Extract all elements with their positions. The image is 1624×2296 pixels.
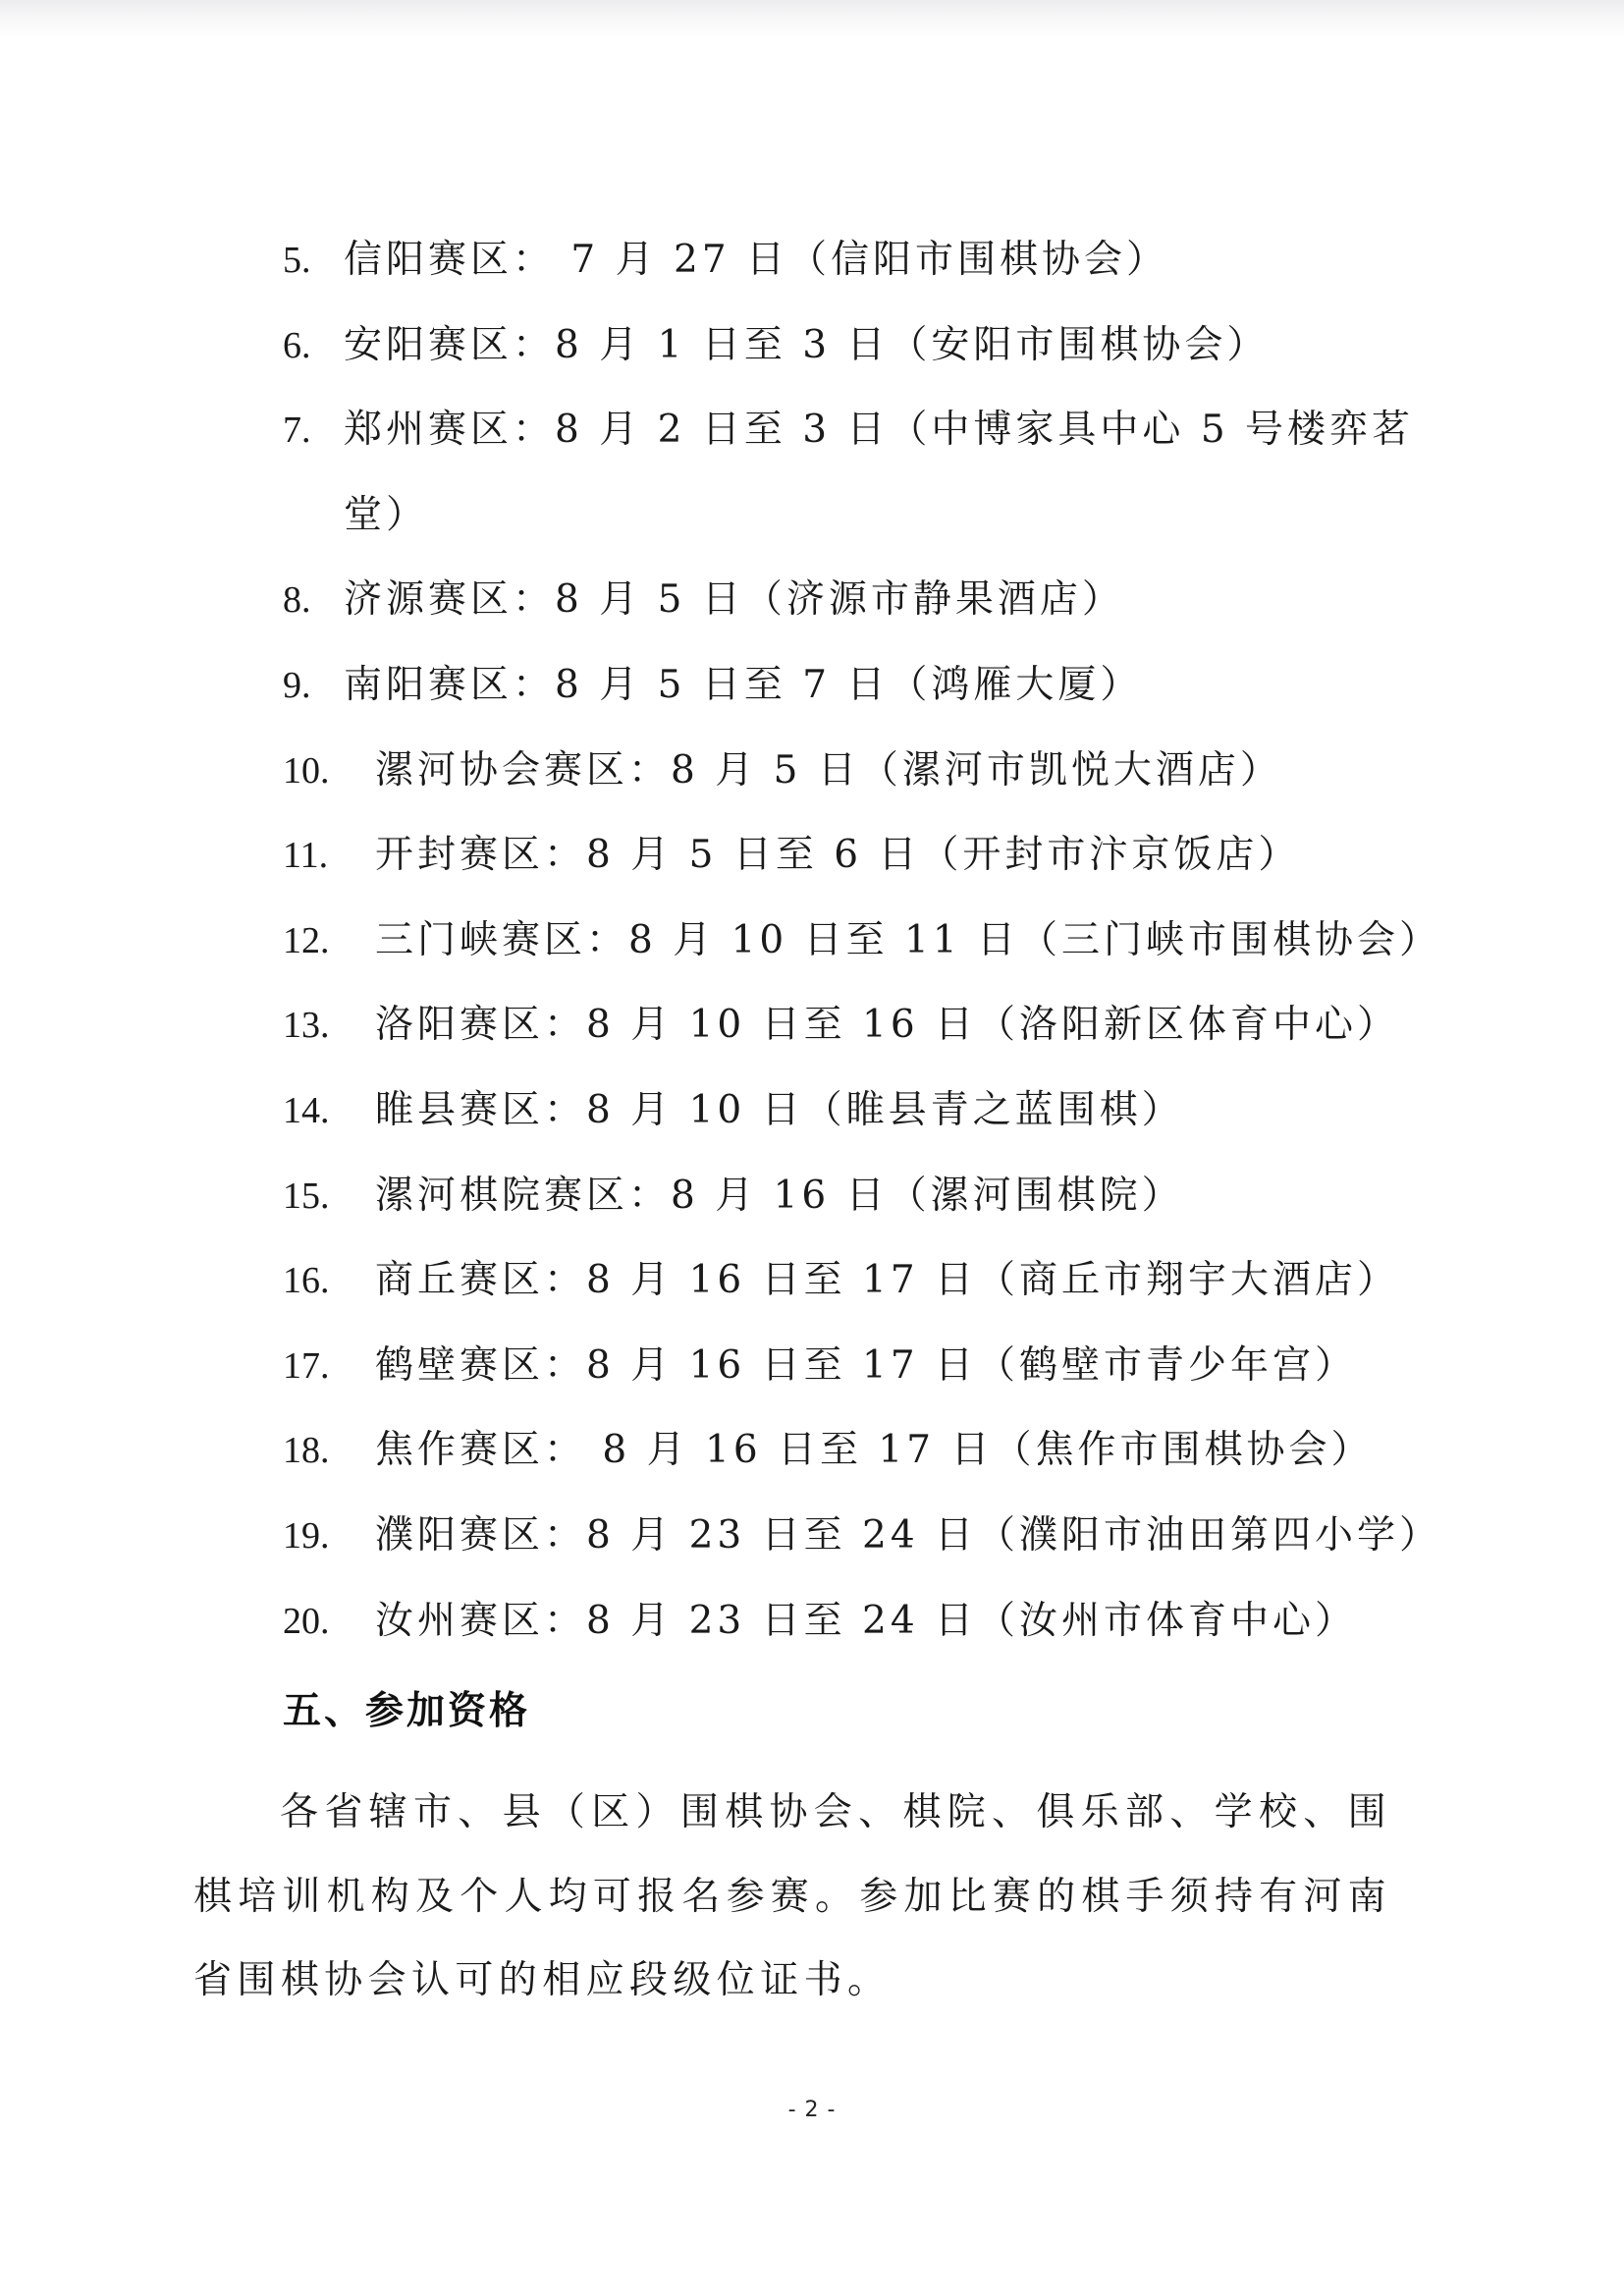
venue-item: 12.三门峡赛区：8 月 10 日至 11 日（三门峡市围棋协会） xyxy=(283,914,1402,1000)
venue-item: 14.睢县赛区：8 月 10 日（睢县青之蓝围棋） xyxy=(283,1084,1402,1170)
page-number: - 2 - xyxy=(0,2098,1624,2122)
venue-number: 5. xyxy=(283,234,344,287)
venue-text-continuation: 堂） xyxy=(344,493,428,537)
section-heading: 五、参加资格 xyxy=(283,1685,530,1738)
venue-text: 商丘赛区：8 月 16 日至 17 日（商丘市翔宇大酒店） xyxy=(375,1258,1399,1302)
venue-item: 9.南阳赛区：8 月 5 日至 7 日（鸿雁大厦） xyxy=(283,659,1402,744)
venue-item: 19.濮阳赛区：8 月 23 日至 24 日（濮阳市油田第四小学） xyxy=(283,1509,1402,1595)
venue-item: 13.洛阳赛区：8 月 10 日至 16 日（洛阳新区体育中心） xyxy=(283,999,1402,1084)
venue-number: 16. xyxy=(283,1254,375,1307)
venue-number: 14. xyxy=(283,1084,375,1137)
venue-text: 鹤壁赛区：8 月 16 日至 17 日（鹤壁市青少年宫） xyxy=(375,1343,1357,1388)
venue-number: 8. xyxy=(283,574,344,627)
venue-text: 焦作赛区： 8 月 16 日至 17 日（焦作市围棋协会） xyxy=(375,1428,1373,1472)
venue-item: 20.汝州赛区：8 月 23 日至 24 日（汝州市体育中心） xyxy=(283,1595,1402,1680)
venue-item: 15.漯河棋院赛区：8 月 16 日（漯河围棋院） xyxy=(283,1170,1402,1255)
venue-item: 17.鹤壁赛区：8 月 16 日至 17 日（鹤壁市青少年宫） xyxy=(283,1339,1402,1425)
venue-text: 南阳赛区：8 月 5 日至 7 日（鸿雁大厦） xyxy=(344,663,1142,707)
venue-text: 汝州赛区：8 月 23 日至 24 日（汝州市体育中心） xyxy=(375,1599,1357,1643)
venue-number: 15. xyxy=(283,1170,375,1223)
venue-number: 18. xyxy=(283,1424,375,1477)
venue-item: 16.商丘赛区：8 月 16 日至 17 日（商丘市翔宇大酒店） xyxy=(283,1254,1402,1339)
venue-text: 睢县赛区：8 月 10 日（睢县青之蓝围棋） xyxy=(375,1088,1184,1132)
document-page: 5.信阳赛区： 7 月 27 日（信阳市围棋协会） 6.安阳赛区：8 月 1 日… xyxy=(0,0,1624,2296)
venue-number: 19. xyxy=(283,1509,375,1562)
venue-text: 漯河协会赛区：8 月 5 日（漯河市凯悦大酒店） xyxy=(375,748,1282,793)
venue-list: 5.信阳赛区： 7 月 27 日（信阳市围棋协会） 6.安阳赛区：8 月 1 日… xyxy=(283,234,1402,1679)
venue-text: 济源赛区：8 月 5 日（济源市静果酒店） xyxy=(344,577,1124,622)
venue-text: 安阳赛区：8 月 1 日至 3 日（安阳市围棋协会） xyxy=(344,323,1269,367)
venue-number: 13. xyxy=(283,999,375,1052)
venue-item: 10.漯河协会赛区：8 月 5 日（漯河市凯悦大酒店） xyxy=(283,744,1402,830)
venue-text: 濮阳赛区：8 月 23 日至 24 日（濮阳市油田第四小学） xyxy=(375,1513,1441,1558)
venue-item: 11.开封赛区：8 月 5 日至 6 日（开封市汴京饭店） xyxy=(283,829,1402,914)
venue-text: 开封赛区：8 月 5 日至 6 日（开封市汴京饭店） xyxy=(375,833,1300,877)
venue-number: 17. xyxy=(283,1339,375,1393)
venue-number: 7. xyxy=(283,404,344,457)
venue-item: 7.郑州赛区：8 月 2 日至 3 日（中博家具中心 5 号楼弈茗 xyxy=(283,404,1402,489)
section-paragraph: 各省辖市、县（区）围棋协会、棋院、俱乐部、学校、围棋培训机构及个人均可报名参赛。… xyxy=(193,1771,1391,2023)
venue-number: 6. xyxy=(283,319,344,372)
venue-text: 漯河棋院赛区：8 月 16 日（漯河围棋院） xyxy=(375,1174,1184,1218)
venue-item: 5.信阳赛区： 7 月 27 日（信阳市围棋协会） xyxy=(283,234,1402,319)
venue-number: 11. xyxy=(283,829,375,882)
venue-number: 9. xyxy=(283,659,344,712)
venue-text: 洛阳赛区：8 月 10 日至 16 日（洛阳新区体育中心） xyxy=(375,1003,1399,1047)
venue-text: 信阳赛区： 7 月 27 日（信阳市围棋协会） xyxy=(344,238,1168,282)
venue-item: 18.焦作赛区： 8 月 16 日至 17 日（焦作市围棋协会） xyxy=(283,1424,1402,1509)
venue-item: 6.安阳赛区：8 月 1 日至 3 日（安阳市围棋协会） xyxy=(283,319,1402,405)
venue-item-continuation: 堂） xyxy=(283,489,1402,574)
venue-number: 20. xyxy=(283,1595,375,1648)
venue-number: 12. xyxy=(283,914,375,967)
venue-item: 8.济源赛区：8 月 5 日（济源市静果酒店） xyxy=(283,574,1402,659)
venue-text: 三门峡赛区：8 月 10 日至 11 日（三门峡市围棋协会） xyxy=(375,918,1441,962)
venue-text: 郑州赛区：8 月 2 日至 3 日（中博家具中心 5 号楼弈茗 xyxy=(344,408,1414,452)
venue-number: 10. xyxy=(283,744,375,797)
